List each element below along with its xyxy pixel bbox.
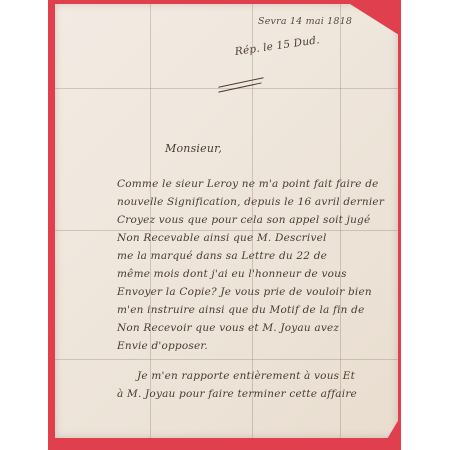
body-line: me la marqué dans sa Lettre du 22 de: [117, 250, 327, 262]
body-line: Croyez vous que pour cela son appel soit…: [117, 214, 370, 226]
body-line: Comme le sieur Leroy ne m'a point fait f…: [117, 178, 379, 190]
closing-line: Je m'en rapporte entièrement à vous Et: [137, 370, 355, 382]
closing-line: à M. Joyau pour faire terminer cette aff…: [117, 388, 357, 400]
body-line: m'en instruire ainsi que du Motif de la …: [117, 304, 365, 316]
letter-paper: Sevra 14 mai 1818 Rép. le 15 Dud. Monsie…: [55, 4, 398, 438]
reply-note: Rép. le 15 Dud.: [234, 34, 320, 58]
salutation: Monsieur,: [165, 142, 222, 155]
body-line: même mois dont j'ai eu l'honneur de vous: [117, 268, 347, 280]
body-line: Envoyer la Copie? Je vous prie de vouloi…: [117, 286, 372, 298]
body-line: Envie d'opposer.: [117, 340, 208, 352]
fold-line: [55, 230, 398, 231]
fold-line: [55, 359, 398, 360]
place-date: Sevra 14 mai 1818: [258, 16, 352, 27]
body-line: nouvelle Signification, depuis le 16 avr…: [117, 196, 384, 208]
body-line: Non Recevable ainsi que M. Descrivel: [117, 232, 327, 244]
body-line: Non Recevoir que vous et M. Joyau avez: [117, 322, 339, 334]
